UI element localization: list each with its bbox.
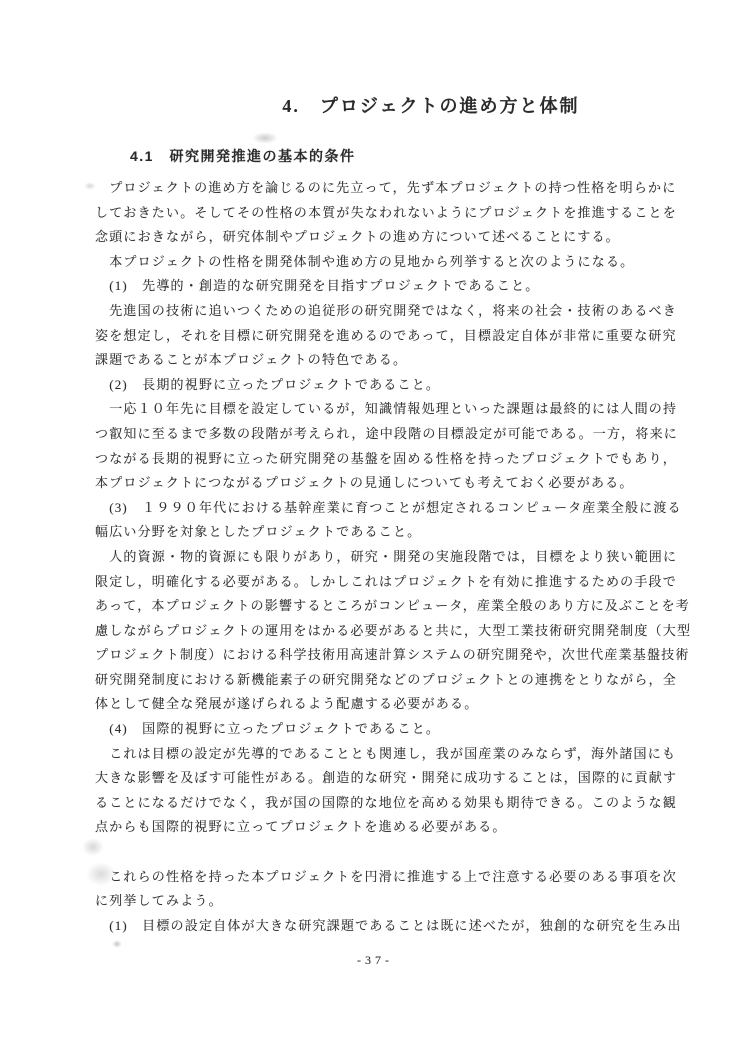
text-line: つ叡知に至るまで多数の段階が考えられ，途中段階の目標設定が可能である。一方，将来… [95, 422, 720, 447]
list-item-marker-line: (1) 先導的・創造的な研究開発を目指すプロジェクトであること。 [95, 274, 720, 299]
text-line: プロジェクトの進め方を論じるのに先立って，先ず本プロジェクトの持つ性格を明らかに [95, 176, 720, 201]
list-item-marker-line: (4) 国際的視野に立ったプロジェクトであること。 [95, 717, 720, 742]
text-line: ることになるだけでなく，我が国の国際的な地位を高める効果も期待できる。このような… [95, 791, 720, 816]
body-text: プロジェクトの進め方を論じるのに先立って，先ず本プロジェクトの持つ性格を明らかに… [95, 176, 720, 938]
text-line: 念頭におきながら，研究体制やプロジェクトの進め方について述べることにする。 [95, 225, 720, 250]
text-line: 研究開発制度における新機能素子の研究開発などのプロジェクトとの連携をとりながら，… [95, 668, 720, 693]
text-line: プロジェクト制度）における科学技術用高速計算システムの研究開発や，次世代産業基盤… [95, 643, 720, 668]
list-item-marker-line: (2) 長期的視野に立ったプロジェクトであること。 [95, 373, 720, 398]
text-line: 慮しながらプロジェクトの運用をはかる必要があると共に，大型工業技術研究開発制度（… [95, 619, 720, 644]
text-line: 本プロジェクトの性格を開発体制や進め方の見地から列挙すると次のようになる。 [95, 250, 720, 275]
text-line: 大きな影響を及ぼす可能性がある。創造的な研究・開発に成功することは，国際的に貢献… [95, 766, 720, 791]
text-line: しておきたい。そしてその性格の本質が失なわれないようにプロジェクトを推進すること… [95, 201, 720, 226]
text-line: 限定し，明確化する必要がある。しかしこれはプロジェクトを有効に推進するための手段… [95, 570, 720, 595]
text-line: これらの性格を持った本プロジェクトを円滑に推進する上で注意する必要のある事項を次 [95, 865, 720, 890]
text-line: 人的資源・物的資源にも限りがあり，研究・開発の実施段階では，目標をより狭い範囲に [95, 545, 720, 570]
page-number: -37- [0, 953, 750, 968]
page-title: 4. プロジェクトの進め方と体制 [0, 92, 750, 118]
document-page: 4. プロジェクトの進め方と体制 4.1 研究開発推進の基本的条件 プロジェクト… [0, 0, 750, 1054]
section-heading: 4.1 研究開発推進の基本的条件 [130, 146, 355, 166]
scan-artifact [112, 940, 122, 948]
scan-artifact [252, 132, 278, 144]
text-line: あって，本プロジェクトの影響するところがコンピュータ，産業全般のあり方に及ぶこと… [95, 594, 720, 619]
text-line: 課題であることが本プロジェクトの特色である。 [95, 348, 720, 373]
text-line: 一応１０年先に目標を設定しているが，知識情報処理といった課題は最終的には人間の持 [95, 397, 720, 422]
text-line: 本プロジェクトにつながるプロジェクトの見通しについても考えておく必要がある。 [95, 471, 720, 496]
text-line: 幅広い分野を対象としたプロジェクトであること。 [95, 520, 720, 545]
text-line: これは目標の設定が先導的であることとも関連し，我が国産業のみならず，海外諸国にも [95, 742, 720, 767]
text-line: 点からも国際的視野に立ってプロジェクトを進める必要がある。 [95, 815, 720, 840]
text-line: つながる長期的視野に立った研究開発の基盤を固める性格を持ったプロジェクトでもあり… [95, 447, 720, 472]
text-line: 姿を想定し，それを目標に研究開発を進めるのであって，目標設定自体が非常に重要な研… [95, 324, 720, 349]
blank-line [95, 840, 720, 865]
list-item-marker-line: (3) １９９０年代における基幹産業に育つことが想定されるコンピュータ産業全般に… [95, 496, 720, 521]
text-line: に列挙してみよう。 [95, 889, 720, 914]
text-line: 体として健全な発展が遂げられるよう配慮する必要がある。 [95, 692, 720, 717]
list-item-marker-line: (1) 目標の設定自体が大きな研究課題であることは既に述べたが，独創的な研究を生… [95, 914, 720, 939]
text-line: 先進国の技術に追いつくための追従形の研究開発ではなく，将来の社会・技術のあるべき [95, 299, 720, 324]
